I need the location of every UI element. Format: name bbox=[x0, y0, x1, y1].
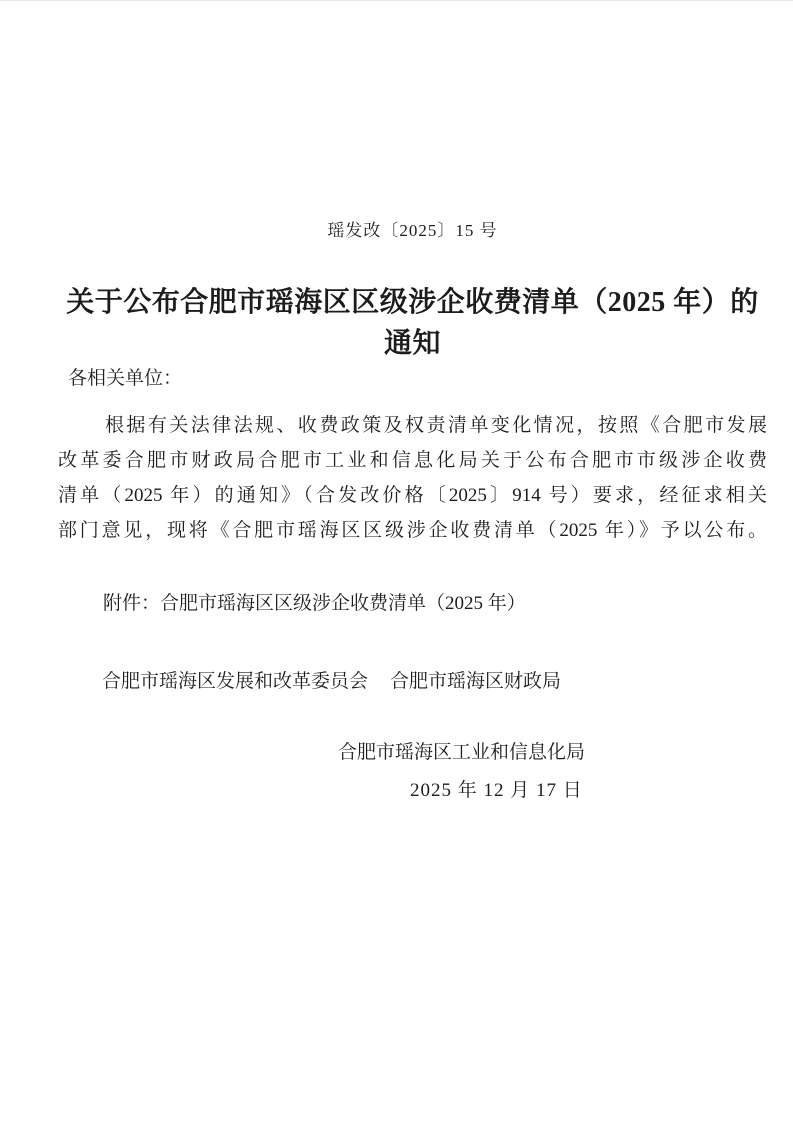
signer-org-3: 合肥市瑶海区工业和信息化局 bbox=[338, 740, 585, 765]
signers-row: 合肥市瑶海区发展和改革委员会 合肥市瑶海区财政局 bbox=[0, 669, 793, 695]
signer-org-1: 合肥市瑶海区发展和改革委员会 bbox=[102, 669, 368, 694]
body-line-1: 根据有关法律法规、收费政策及权责清单变化情况，按照《合肥市发展 bbox=[58, 408, 767, 443]
title-line-2: 通知 bbox=[58, 323, 767, 364]
body-paragraph: 根据有关法律法规、收费政策及权责清单变化情况，按照《合肥市发展 改革委合肥市财政… bbox=[58, 408, 767, 548]
body-line-3: 清单（2025 年）的通知》（合发改价格〔2025〕914 号）要求，经征求相关 bbox=[58, 478, 767, 513]
salutation: 各相关单位： bbox=[68, 367, 182, 391]
issue-date: 2025 年 12 月 17 日 bbox=[410, 778, 583, 803]
signer-org-2: 合肥市瑶海区财政局 bbox=[390, 669, 561, 694]
body-line-4: 部门意见，现将《合肥市瑶海区区级涉企收费清单（2025 年）》予以公布。 bbox=[58, 513, 767, 548]
doc-number: 瑶发改〔2025〕15 号 bbox=[58, 220, 767, 242]
title-line-1: 关于公布合肥市瑶海区区级涉企收费清单（2025 年）的 bbox=[58, 282, 767, 323]
body-line-2: 改革委合肥市财政局合肥市工业和信息化局关于公布合肥市市级涉企收费 bbox=[58, 443, 767, 478]
document-page: 瑶发改〔2025〕15 号 关于公布合肥市瑶海区区级涉企收费清单（2025 年）… bbox=[0, 0, 793, 1123]
attachment-line: 附件：合肥市瑶海区区级涉企收费清单（2025 年） bbox=[103, 591, 526, 616]
document-title: 关于公布合肥市瑶海区区级涉企收费清单（2025 年）的 通知 bbox=[58, 282, 767, 364]
